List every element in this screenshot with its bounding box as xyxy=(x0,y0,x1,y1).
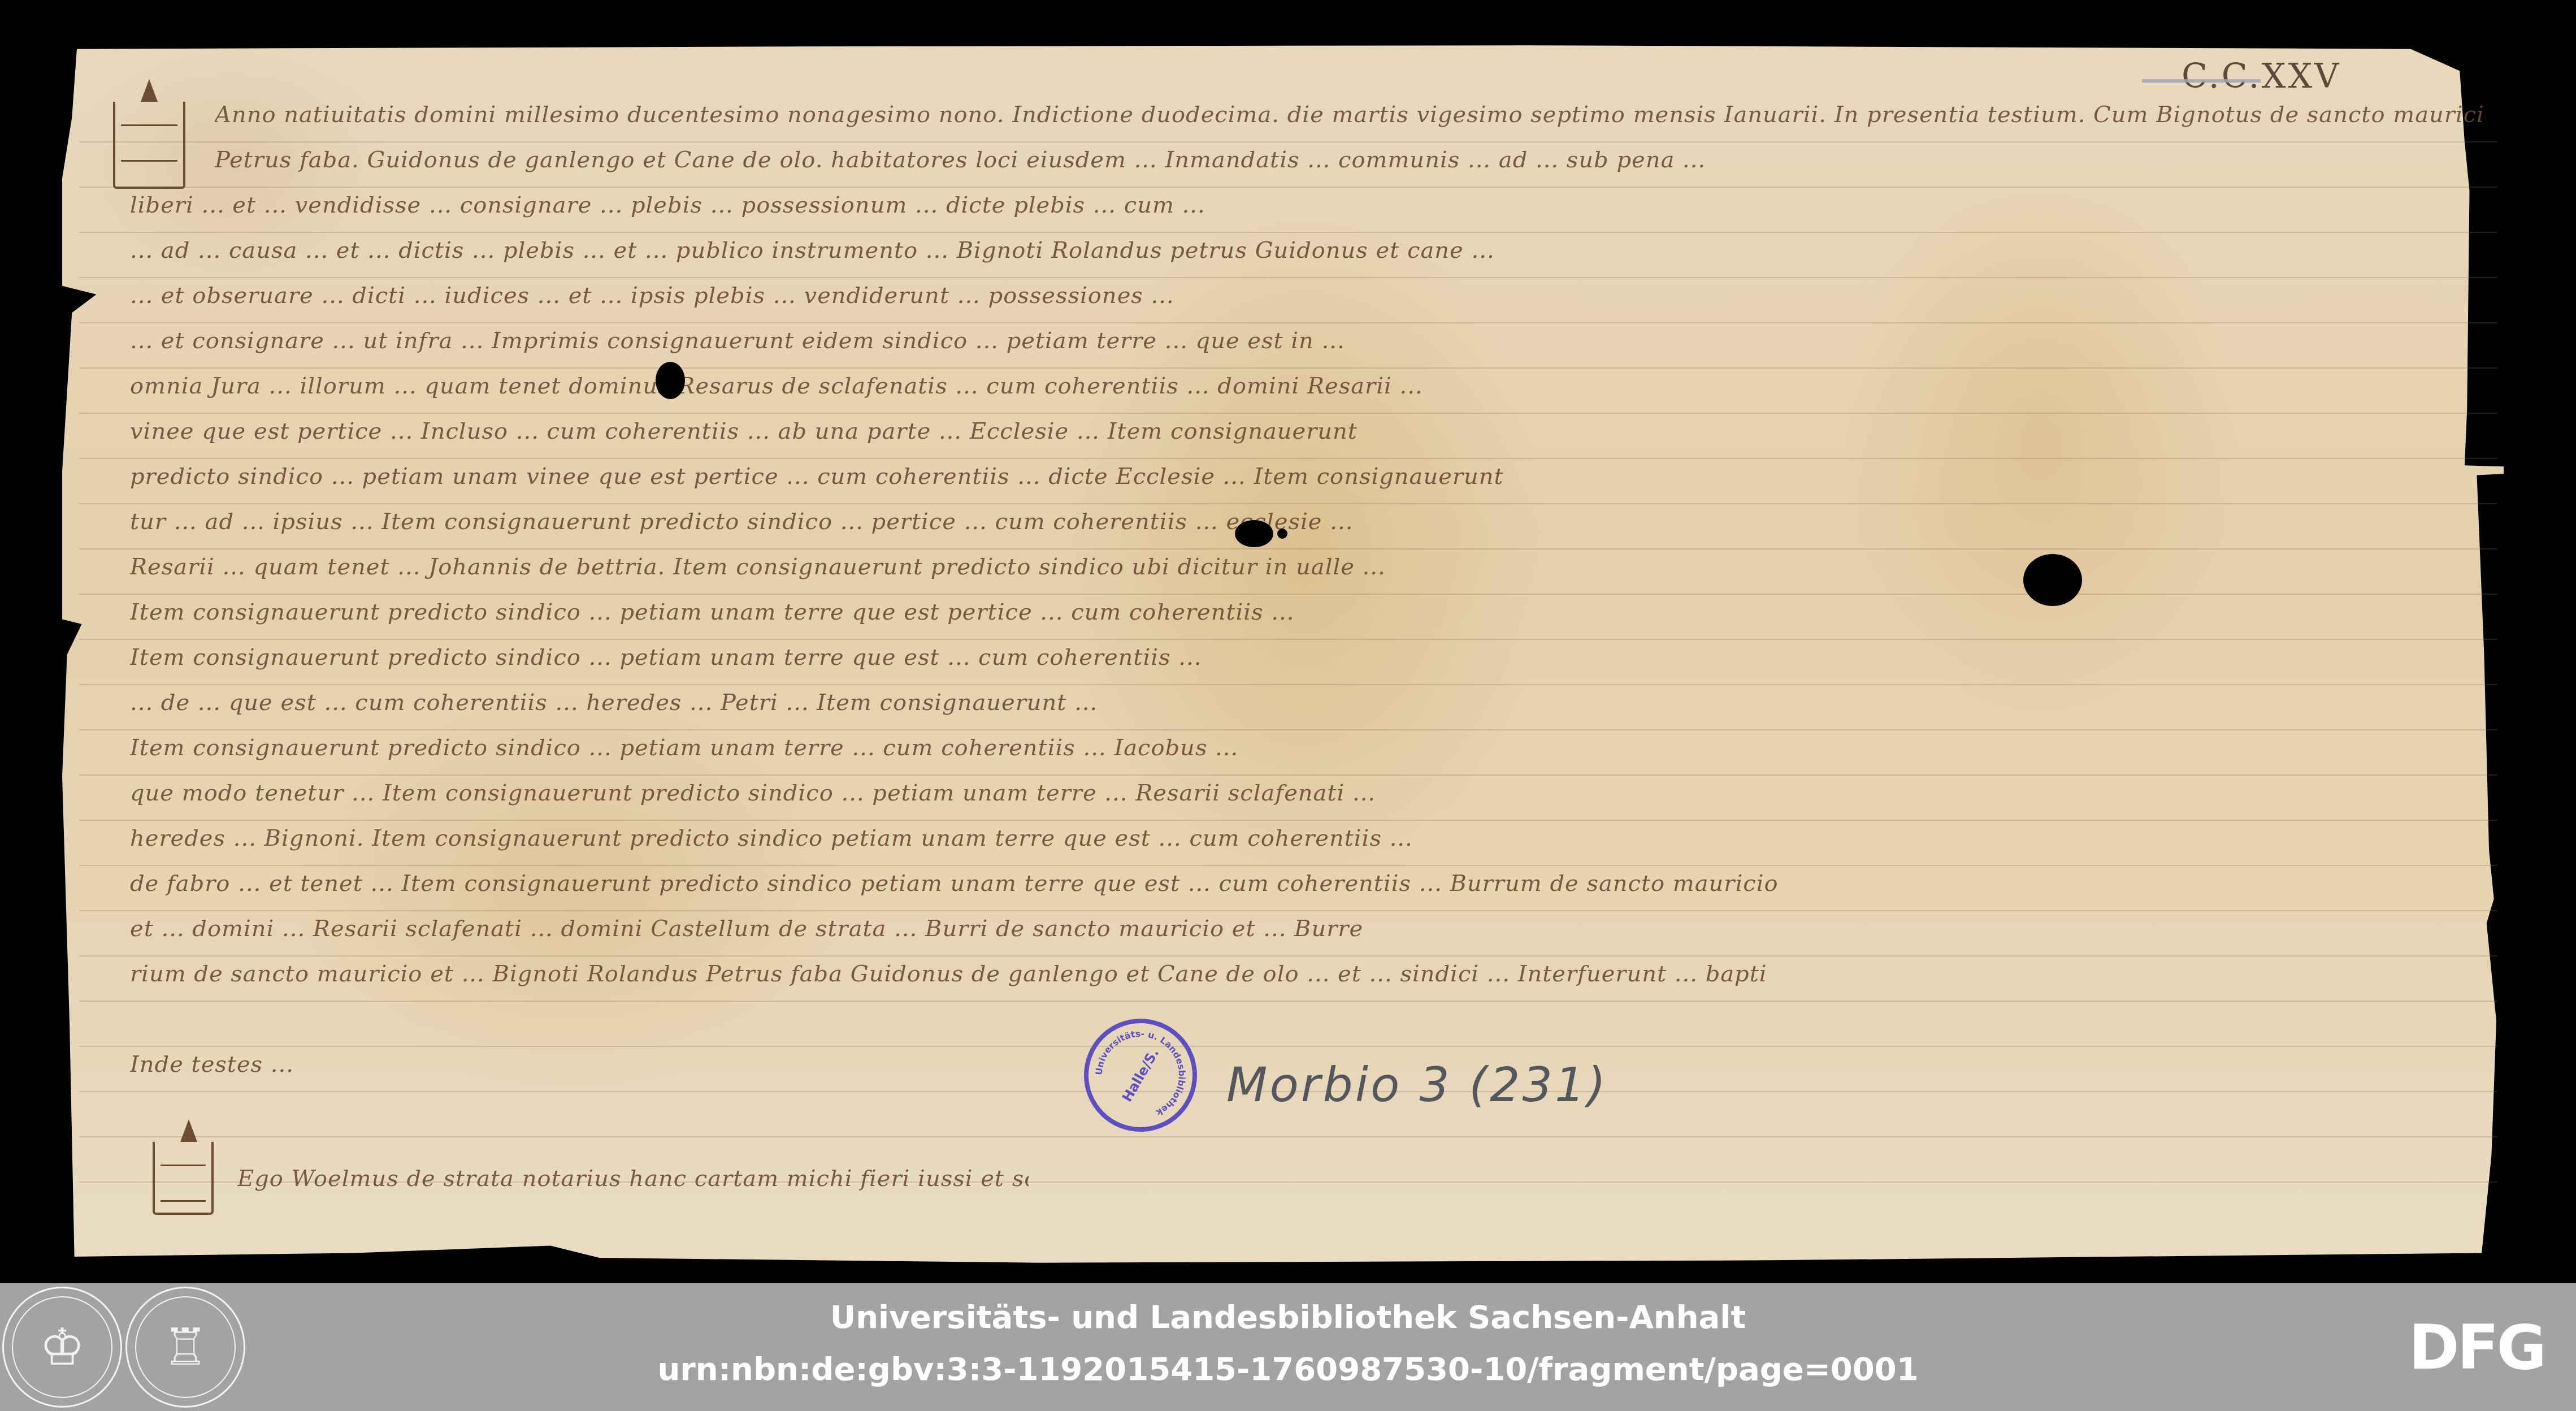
notary-signum-icon xyxy=(153,1142,214,1215)
script-line: heredes ... Bignoni. Item consignauerunt… xyxy=(130,819,2486,858)
parchment-hole xyxy=(2023,554,2082,606)
script-line: vinee que est pertice ... Incluso ... cu… xyxy=(130,412,2486,451)
ruling-line xyxy=(79,1001,2497,1002)
pencil-shelfmark: Morbio 3 (231) xyxy=(1226,1057,1608,1113)
notary-subscription: Ego Woelmus de strata notarius hanc cart… xyxy=(237,1159,1029,1198)
library-stamp: Universitäts- u. Landesbibliothek Halle/… xyxy=(1084,1019,1197,1132)
script-line: Inde testes ... xyxy=(130,1045,356,1084)
document-viewport: C.C.XXV Anno natiuitatis domini millesim… xyxy=(0,0,2576,1283)
folio-mark: C.C.XXV xyxy=(2182,57,2341,96)
ruling-line xyxy=(79,1136,2497,1137)
script-line: que modo tenetur ... Item consignauerunt… xyxy=(130,773,2486,813)
script-line: omnia Jura ... illorum ... quam tenet do… xyxy=(130,366,2486,406)
parchment-hole xyxy=(1235,520,1273,547)
parchment-hole xyxy=(656,362,685,399)
institution-name: Universitäts- und Landesbibliothek Sachs… xyxy=(0,1299,2576,1336)
script-line: Item consignauerunt predicto sindico ...… xyxy=(130,728,2486,768)
script-line: Item consignauerunt predicto sindico ...… xyxy=(130,592,2486,632)
script-line: liberi ... et ... vendidisse ... consign… xyxy=(130,185,2486,225)
urn-link[interactable]: urn:nbn:de:gbv:3:3-1192015415-1760987530… xyxy=(0,1351,2576,1388)
script-line: ... et obseruare ... dicti ... iudices .… xyxy=(130,276,2486,315)
script-line: et ... domini ... Resarii sclafenati ...… xyxy=(130,909,2486,949)
library-footer: ♔ ♖ Universitäts- und Landesbibliothek S… xyxy=(0,1283,2576,1411)
script-line: de fabro ... et tenet ... Item consignau… xyxy=(130,864,2486,903)
parchment-hole xyxy=(1277,529,1287,539)
dfg-logo: DFG xyxy=(2409,1318,2544,1379)
folio-strike-line xyxy=(2142,79,2261,83)
script-line: predicto sindico ... petiam unam vinee q… xyxy=(130,457,2486,496)
script-line: ... ad ... causa ... et ... dictis ... p… xyxy=(130,231,2486,270)
ruling-line xyxy=(79,1046,2497,1047)
script-line: Item consignauerunt predicto sindico ...… xyxy=(130,638,2486,677)
script-line: ... de ... que est ... cum coherentiis .… xyxy=(130,683,2486,722)
script-line: Petrus faba. Guidonus de ganlengo et Can… xyxy=(215,140,2486,180)
notary-signum-icon xyxy=(113,102,185,189)
script-line: ... et consignare ... ut infra ... Impri… xyxy=(130,321,2486,361)
script-line: rium de sancto mauricio et ... Bignoti R… xyxy=(130,954,2486,994)
script-line: tur ... ad ... ipsius ... Item consignau… xyxy=(130,502,2486,542)
script-line: Resarii ... quam tenet ... Johannis de b… xyxy=(130,547,2486,587)
script-line: Anno natiuitatis domini millesimo ducent… xyxy=(215,95,2486,135)
